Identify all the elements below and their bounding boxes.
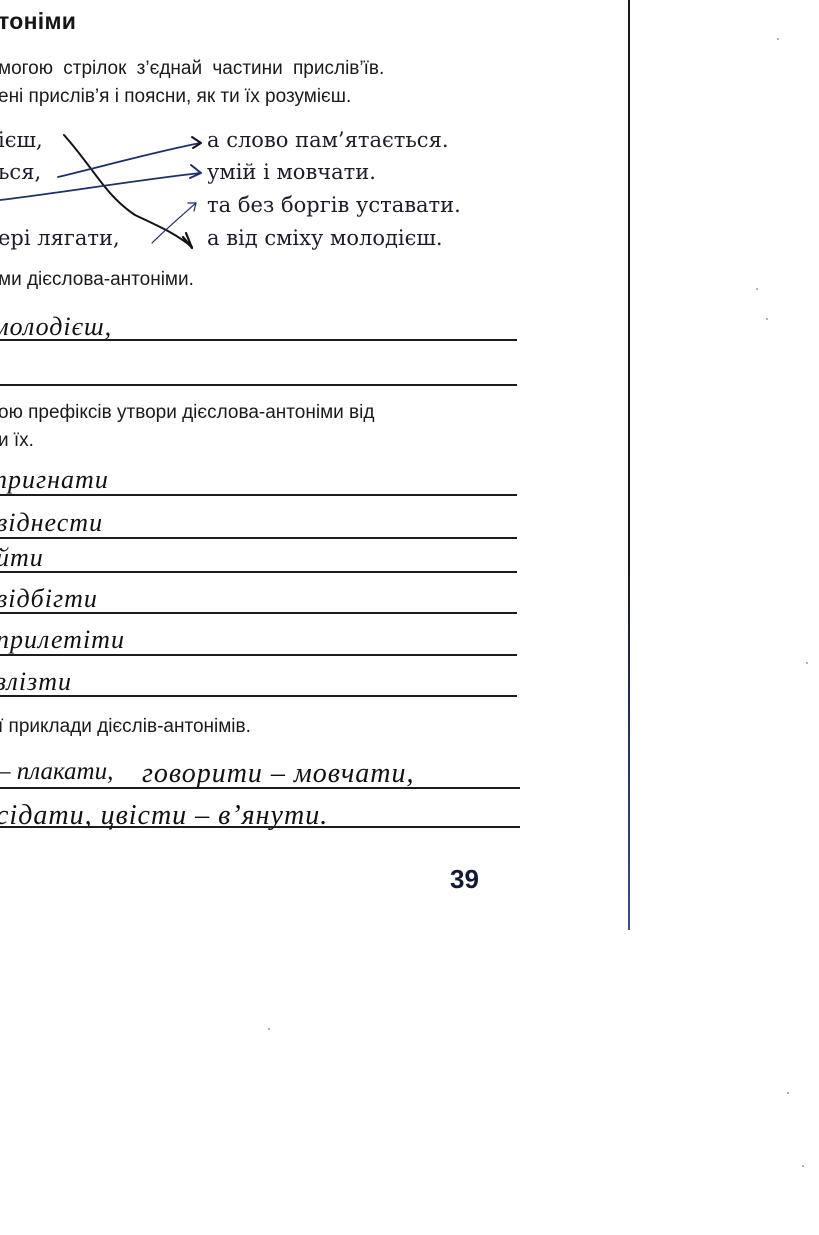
exercise2-instruction: ми дієслова-антоніми. xyxy=(0,269,194,291)
answer-line xyxy=(0,695,517,697)
exercise3-answer-6[interactable]: злізти xyxy=(0,667,72,697)
page-number: 39 xyxy=(450,864,479,895)
arrow-3-to-2 xyxy=(0,173,200,200)
proverb-right-part-4: а від сміху молодієш. xyxy=(207,226,443,250)
exercise1-instruction-line2: ені прислів’я і поясни, як ти їх розуміє… xyxy=(0,86,351,108)
answer-line xyxy=(0,612,517,614)
exercise4-answer-1-printed: – плакати, xyxy=(0,758,113,786)
exercise1-instruction-line1: могою стрілок з’єднай частини прислів’їв… xyxy=(0,58,384,80)
page-edge-divider xyxy=(628,0,630,930)
exercise3-instruction-line1: ою префіксів утвори дієслова-антоніми ві… xyxy=(0,402,374,424)
answer-line xyxy=(0,537,517,539)
exercise3-answer-4[interactable]: відбігти xyxy=(0,584,98,614)
answer-line xyxy=(0,384,517,386)
answer-line xyxy=(0,787,520,789)
answer-line xyxy=(0,494,517,496)
proverb-right-part-3: та без боргів уставати. xyxy=(207,193,461,217)
exercise3-answer-2[interactable]: віднести xyxy=(0,508,103,538)
answer-line xyxy=(0,339,517,341)
scan-speck xyxy=(787,1092,789,1094)
scan-speck xyxy=(777,38,779,40)
arrow-2-to-1 xyxy=(58,143,200,177)
answer-line xyxy=(0,571,517,573)
section-title: тоніми xyxy=(0,8,76,35)
answer-line xyxy=(0,654,517,656)
matching-arrows xyxy=(0,115,220,255)
scan-speck xyxy=(268,1028,270,1030)
arrow-4-to-3 xyxy=(152,203,196,243)
arrow-1-to-4 xyxy=(64,135,192,247)
scan-speck xyxy=(756,288,758,290)
scan-speck xyxy=(802,1165,804,1167)
proverb-right-part-2: умій і мовчати. xyxy=(207,160,376,184)
exercise3-answer-5[interactable]: прилетіти xyxy=(0,625,125,655)
scan-speck xyxy=(806,662,808,664)
exercise3-answer-3[interactable]: йти xyxy=(0,543,44,573)
exercise3-answer-1[interactable]: пригнати xyxy=(0,465,109,495)
exercise3-instruction-line2: и їх. xyxy=(0,430,34,452)
exercise4-answer-1-handwritten[interactable]: говорити – мовчати, xyxy=(142,758,415,790)
proverb-right-part-1: а слово пам’ятається. xyxy=(207,128,449,152)
exercise2-answer-1[interactable]: молодієш, xyxy=(0,312,112,342)
exercise4-instruction: ї приклади дієслів-антонімів. xyxy=(0,716,251,738)
scan-speck xyxy=(766,318,768,320)
answer-line xyxy=(0,826,520,828)
